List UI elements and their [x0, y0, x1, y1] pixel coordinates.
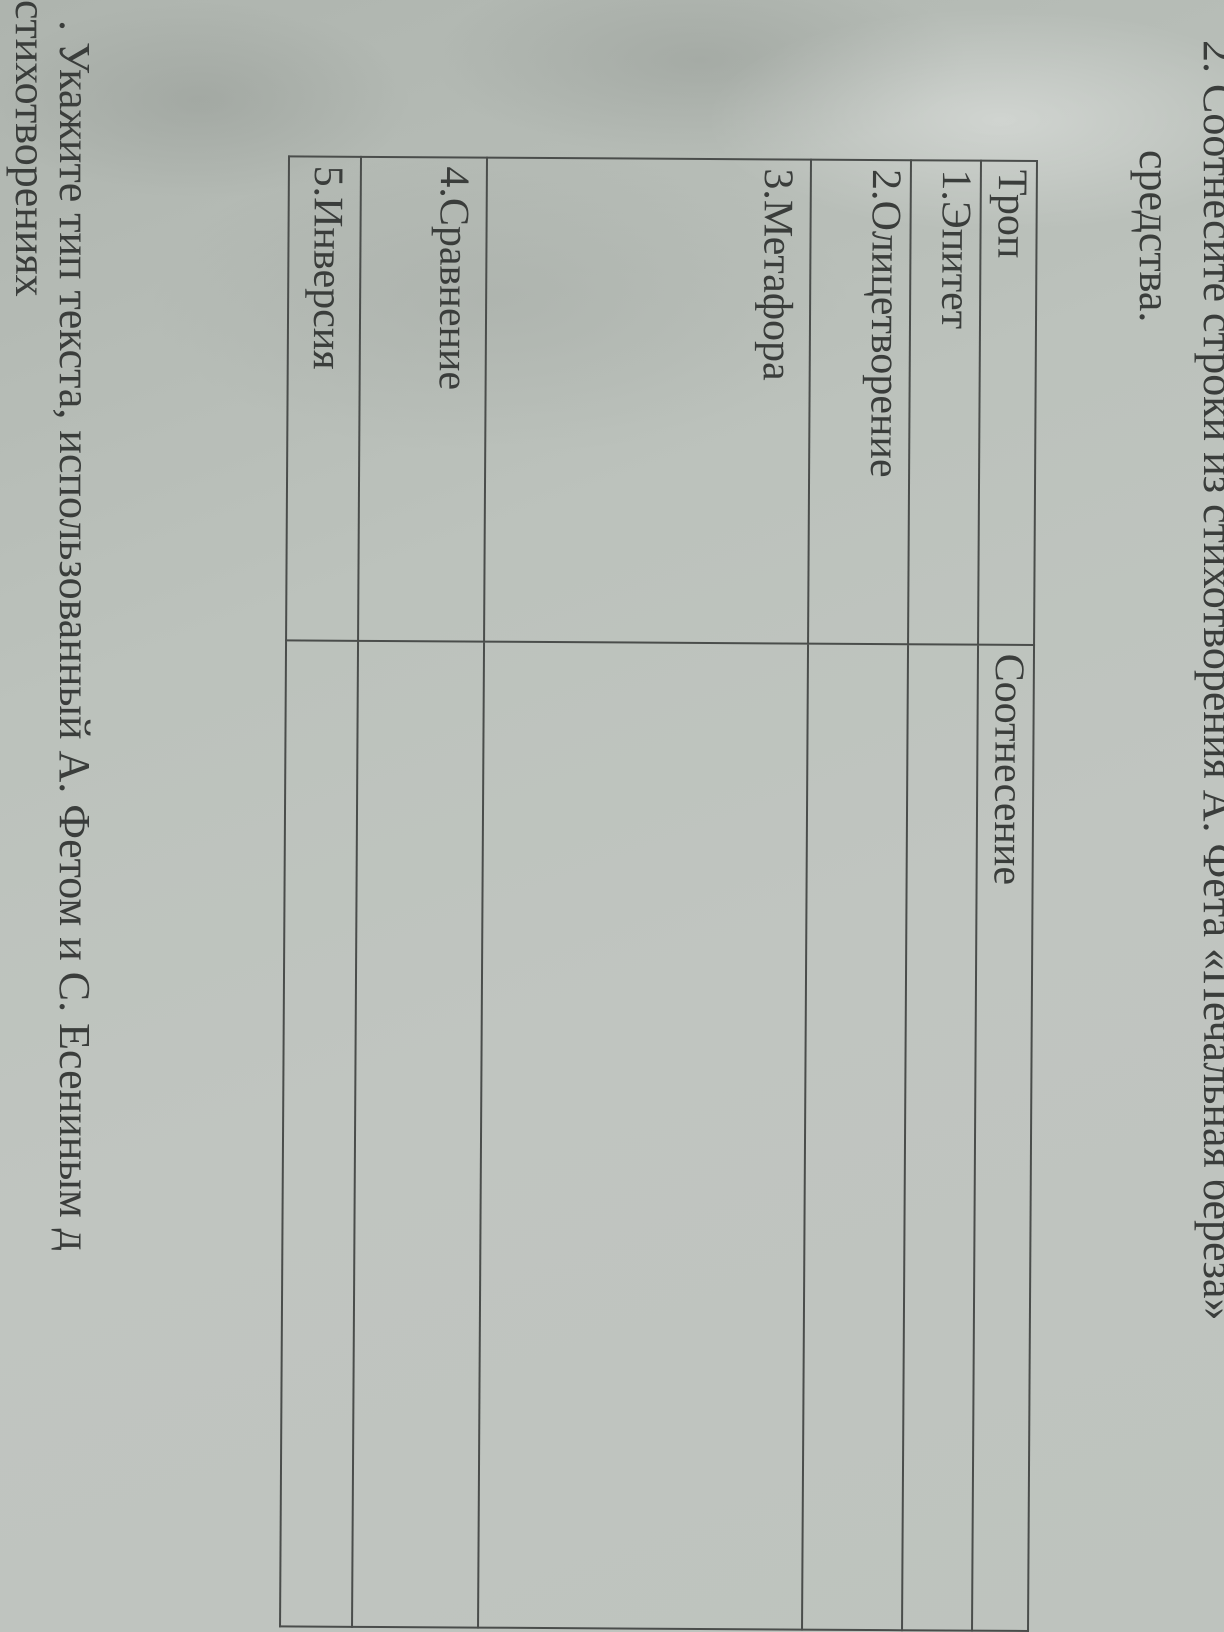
- relation-cell[interactable]: [352, 641, 484, 1628]
- header-relation: Соотнесение: [972, 644, 1034, 1630]
- relation-cell[interactable]: [902, 644, 978, 1631]
- table-row: 4.Сравнение: [352, 157, 487, 1628]
- table-row: 1.Эпитет: [902, 160, 981, 1630]
- table-row: 3.Метафора: [478, 158, 811, 1630]
- task-3-prompt-line1: . Укажите тип текста, использованный А. …: [54, 20, 94, 1251]
- table-row: 5.Инверсия: [280, 156, 361, 1626]
- relation-cell[interactable]: [478, 641, 808, 1629]
- trope-cell: 1.Эпитет: [908, 160, 981, 644]
- task-2-prompt-line1: 2. Соотнесите строки из стихотворения А.…: [1192, 40, 1224, 1321]
- task-3-prompt-line2: стихотворениях: [10, 0, 50, 297]
- header-trope: Троп: [978, 161, 1037, 645]
- relation-cell[interactable]: [280, 640, 358, 1627]
- trope-table: Троп Соотнесение 1.Эпитет 2.Олицетворени…: [279, 155, 1038, 1632]
- trope-cell: 3.Метафора: [484, 158, 811, 644]
- task-2-prompt-line2: средства.: [1128, 150, 1180, 322]
- trope-cell: 5.Инверсия: [286, 156, 361, 640]
- rotated-page: 2. Соотнесите строки из стихотворения А.…: [0, 0, 1224, 1632]
- table-row: 2.Олицетворение: [802, 160, 911, 1631]
- table-header-row: Троп Соотнесение: [972, 161, 1037, 1631]
- trope-cell: 4.Сравнение: [358, 157, 487, 642]
- relation-cell[interactable]: [802, 643, 908, 1630]
- trope-cell: 2.Олицетворение: [808, 160, 911, 644]
